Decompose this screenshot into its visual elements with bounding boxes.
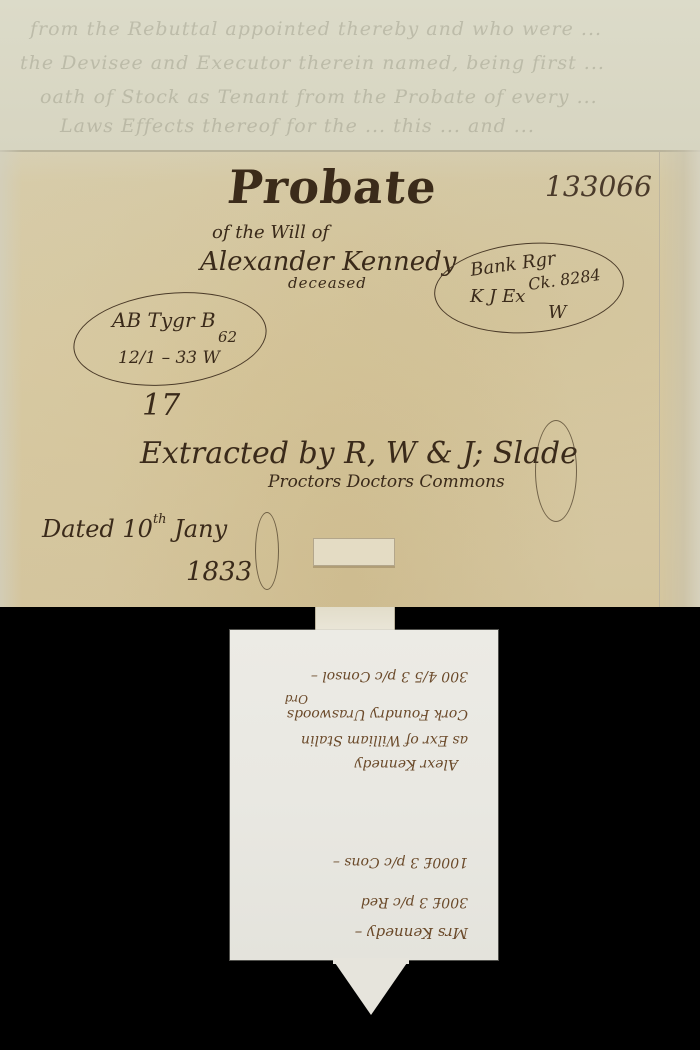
document-subtitle: of the Will of [212,222,329,243]
slip-line: Ord [285,692,308,706]
bleed-through-text: oath of Stock as Tenant from the Probate… [40,86,598,108]
bleed-through-text: Laws Effects thereof for the ... this ..… [60,115,535,137]
slip-arrow-tab [333,960,409,1015]
slip-line: Alexr Kennedy [355,756,458,772]
dated-month: Jany [174,515,227,543]
flourish-decoration [255,512,279,590]
stamp-left-line2: 62 [218,328,237,346]
reference-number: 133066 [545,170,652,203]
stamp-left-line1: AB Tygr B [112,308,216,332]
stamp-right-line3: K J Ex [470,286,525,307]
slip-line: 300 4/5 3 p/c Consol – [311,668,468,684]
folio-mark: 17 [142,388,180,423]
slip-line: 300£ 3 p/c Red [361,894,468,910]
testator-name: Alexander Kennedy [200,247,456,277]
slip-text-upside-down: Mrs Kennedy – 300£ 3 p/c Red 1000£ 3 p/c… [230,630,498,960]
slip-line: Mrs Kennedy – [355,924,468,942]
extracted-by: Extracted by R, W & J; Slade [140,436,578,471]
slip-line: as Exr of William Stalin [301,732,468,748]
attached-slip: Mrs Kennedy – 300£ 3 p/c Red 1000£ 3 p/c… [230,630,498,960]
stamp-right-line4: W [548,302,567,323]
paper-strip-loop [313,538,395,566]
dated-superscript: th [153,512,167,527]
bleed-through-text: from the Rebuttal appointed thereby and … [30,18,602,40]
slip-line: Cork Foundry Uraswoods [287,706,468,722]
flourish-decoration [535,420,577,522]
paper-edge-left [0,150,22,607]
dated-label: Dated 10 [42,515,153,543]
stamp-left-line3: 12/1 – 33 W [118,348,220,368]
paper-edge-right [659,150,700,607]
stamp-oval-left [69,283,272,395]
dated-line: Dated 10th Jany [42,512,227,543]
slip-line: 1000£ 3 p/c Cons – [333,854,468,870]
folded-top-flap: from the Rebuttal appointed thereby and … [0,0,700,152]
bleed-through-text: the Devisee and Executor therein named, … [20,52,605,74]
dated-year: 1833 [186,557,252,587]
deceased-label: deceased [288,274,367,292]
proctors-line: Proctors Doctors Commons [268,472,505,492]
probate-document: from the Rebuttal appointed thereby and … [0,0,700,607]
document-title: Probate [225,160,440,214]
